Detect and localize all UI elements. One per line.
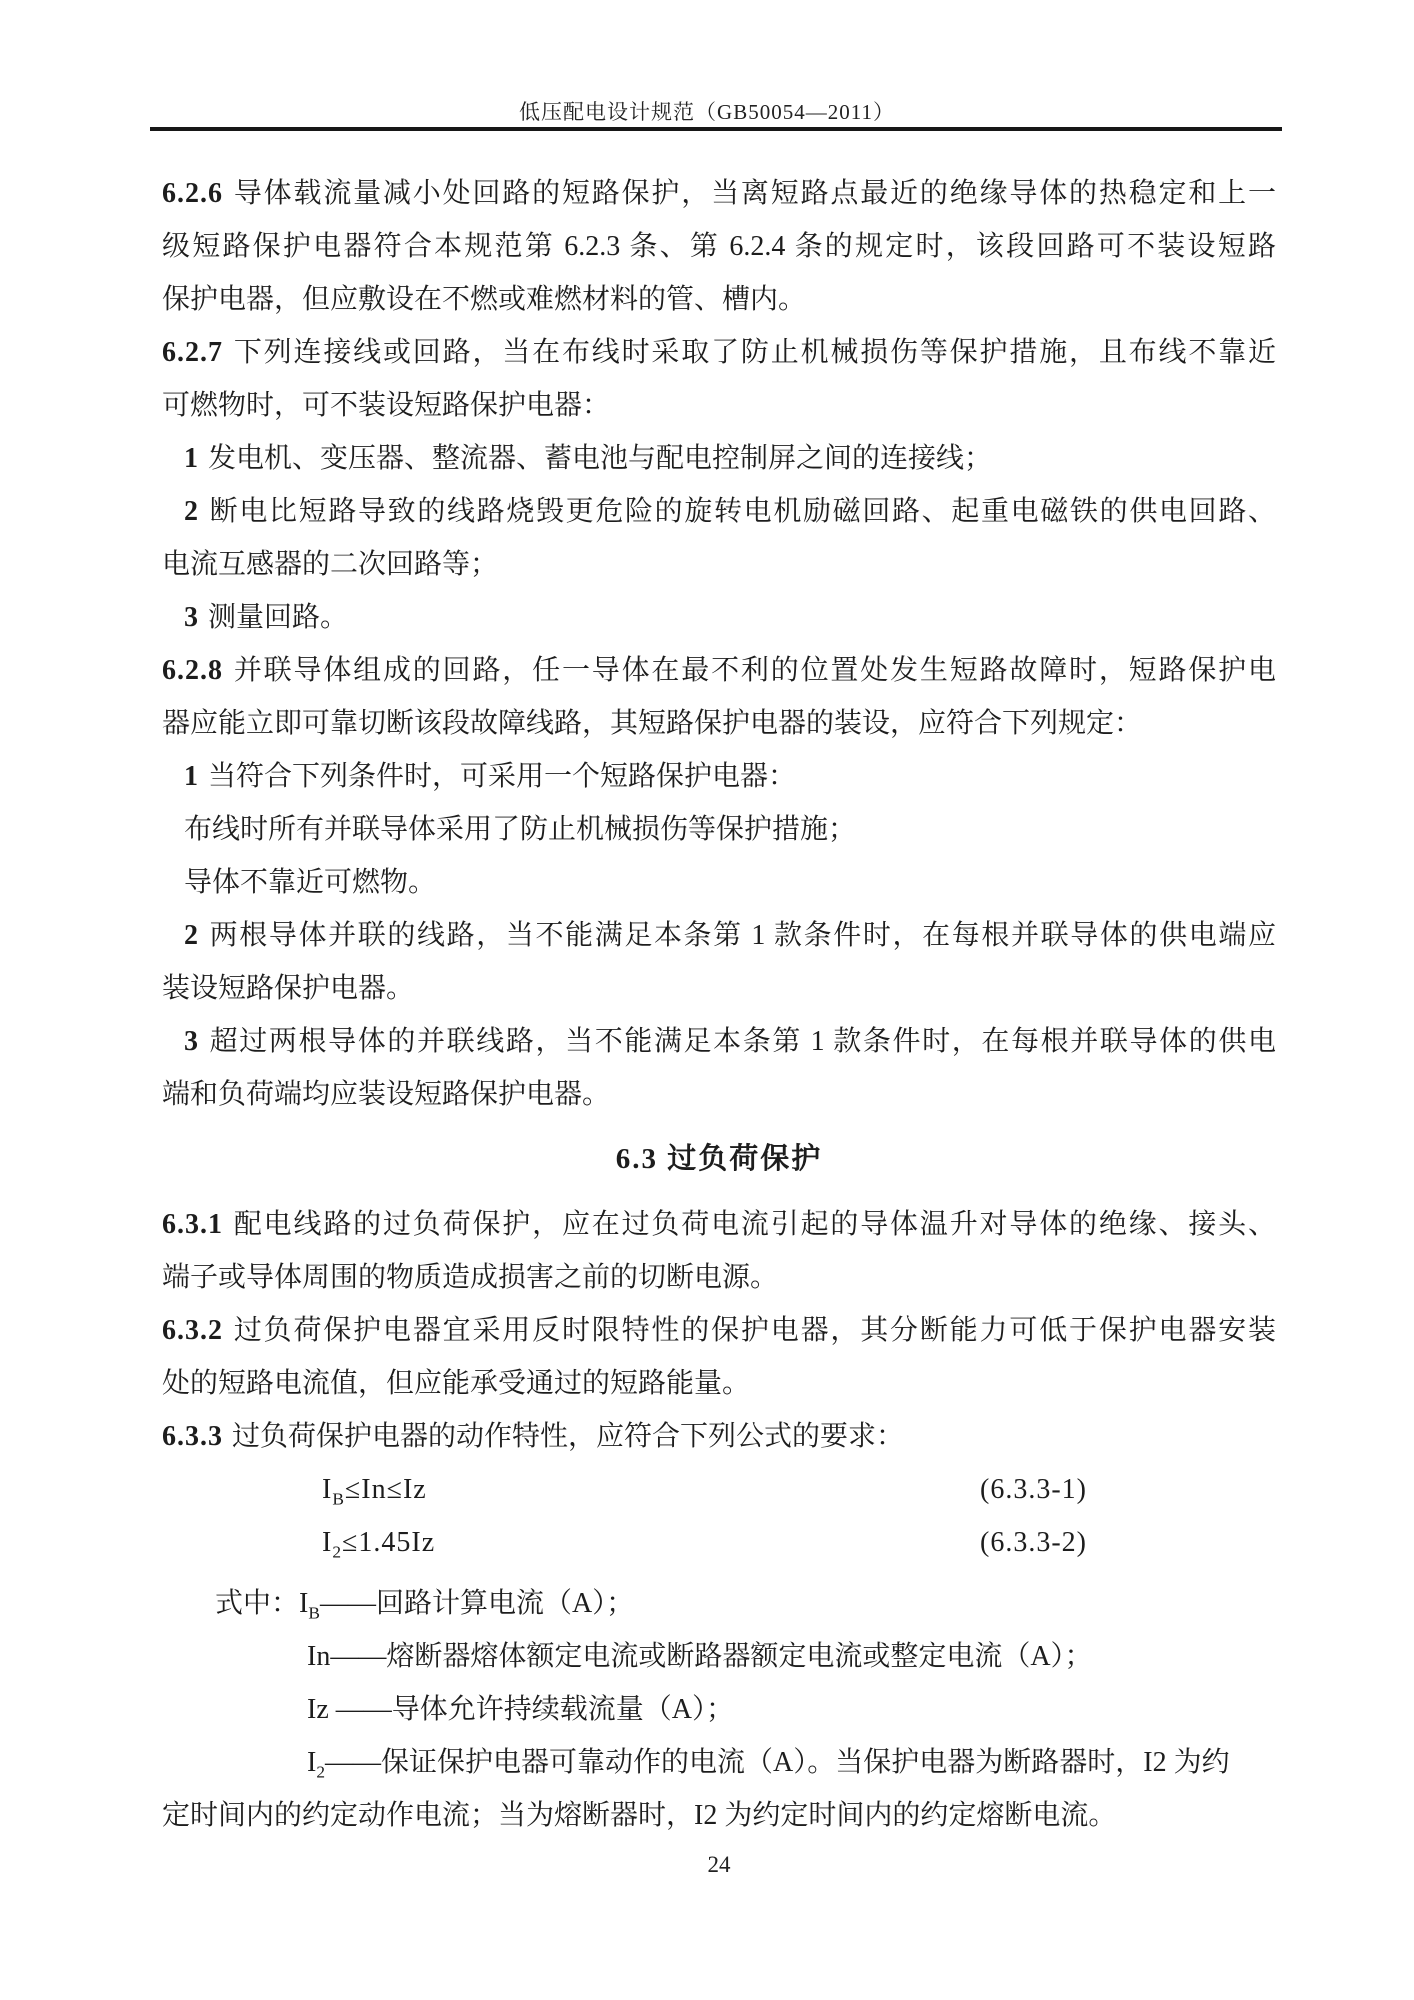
- definition-line: I2——保证保护电器可靠动作的电流（A）。当保护电器为断路器时，I2 为约: [162, 1736, 1276, 1789]
- clause-text: 处的短路电流值，但应能承受通过的短路能量。: [162, 1368, 750, 1399]
- clause-line: 6.2.8并联导体组成的回路，任一导体在最不利的位置处发生短路故障时，短路保护电: [162, 644, 1276, 697]
- formula-rest: ≤1.45Iz: [342, 1527, 435, 1558]
- clause-line: 6.2.6导体载流量减小处回路的短路保护，当离短路点最近的绝缘导体的热稳定和上一: [162, 167, 1276, 220]
- definition-text: ——熔断器熔体额定电流或断路器额定电流或整定电流（A）；: [330, 1641, 1092, 1672]
- clause-line: 端子或导体周围的物质造成损害之前的切断电源。: [162, 1251, 1276, 1304]
- definition-subscript: 2: [316, 1763, 325, 1782]
- clause-number: 6.3.1: [162, 1209, 232, 1240]
- item-line: 3超过两根导体的并联线路，当不能满足本条第 1 款条件时，在每根并联导体的供电: [162, 1015, 1276, 1068]
- item-text: 装设短路保护电器。: [162, 973, 414, 1004]
- item-text: 当符合下列条件时，可采用一个短路保护电器：: [208, 761, 796, 792]
- clause-text: 过负荷保护电器的动作特性，应符合下列公式的要求：: [232, 1421, 904, 1452]
- clause-text: 下列连接线或回路，当在布线时采取了防止机械损伤等保护措施，且布线不靠近: [232, 337, 1276, 368]
- item-text: 发电机、变压器、整流器、蓄电池与配电控制屏之间的连接线；: [208, 443, 992, 474]
- item-line: 电流互感器的二次回路等；: [162, 538, 1276, 591]
- definition-text: ——回路计算电流（A）；: [320, 1588, 634, 1619]
- definition-text: ——导体允许持续载流量（A）；: [329, 1694, 734, 1725]
- item-line: 2断电比短路导致的线路烧毁更危险的旋转电机励磁回路、起重电磁铁的供电回路、: [162, 485, 1276, 538]
- definition-line: In——熔断器熔体额定电流或断路器额定电流或整定电流（A）；: [162, 1630, 1276, 1683]
- clause-number: 6.3.3: [162, 1421, 232, 1452]
- clause-line: 级短路保护电器符合本规范第 6.2.3 条、第 6.2.4 条的规定时，该段回路…: [162, 220, 1276, 273]
- clause-number: 6.2.7: [162, 337, 232, 368]
- clause-number: 6.2.6: [162, 178, 232, 209]
- formula-rest: ≤In≤Iz: [345, 1474, 427, 1505]
- formula-subscript: 2: [332, 1543, 342, 1562]
- definition-symbol: Iz: [307, 1694, 329, 1725]
- item-line: 布线时所有并联导体采用了防止机械损伤等保护措施；: [162, 803, 1276, 856]
- definition-line: Iz ——导体允许持续载流量（A）；: [162, 1683, 1276, 1736]
- running-header-title: 低压配电设计规范（GB50054—2011）: [0, 96, 1414, 126]
- definition-symbol: I: [307, 1747, 316, 1778]
- clause-number: 6.3.2: [162, 1315, 232, 1346]
- item-number: 1: [184, 761, 208, 792]
- definition-line: 式中：IB——回路计算电流（A）；: [162, 1577, 1276, 1630]
- item-number: 2: [184, 496, 208, 527]
- clause-line: 保护电器，但应敷设在不燃或难燃材料的管、槽内。: [162, 273, 1276, 326]
- section-heading: 6.3 过负荷保护: [162, 1133, 1276, 1186]
- formula-symbol: I: [322, 1527, 332, 1558]
- clause-line: 处的短路电流值，但应能承受通过的短路能量。: [162, 1357, 1276, 1410]
- clause-line: 6.2.7下列连接线或回路，当在布线时采取了防止机械损伤等保护措施，且布线不靠近: [162, 326, 1276, 379]
- definition-line: 定时间内的约定动作电流；当为熔断器时，I2 为约定时间内的约定熔断电流。: [162, 1789, 1276, 1842]
- item-line: 1当符合下列条件时，可采用一个短路保护电器：: [162, 750, 1276, 803]
- definition-subscript: B: [308, 1604, 320, 1623]
- item-text: 电流互感器的二次回路等；: [162, 549, 498, 580]
- formula-number: (6.3.3-1): [980, 1463, 1087, 1516]
- item-text: 两根导体并联的线路，当不能满足本条第 1 款条件时，在每根并联导体的供电端应: [208, 920, 1276, 951]
- clause-line: 6.3.2过负荷保护电器宜采用反时限特性的保护电器，其分断能力可低于保护电器安装: [162, 1304, 1276, 1357]
- formula-line: IB≤In≤Iz (6.3.3-1): [162, 1463, 1276, 1516]
- clause-text: 并联导体组成的回路，任一导体在最不利的位置处发生短路故障时，短路保护电: [232, 655, 1276, 686]
- formula-subscript: B: [332, 1490, 345, 1509]
- item-line: 2两根导体并联的线路，当不能满足本条第 1 款条件时，在每根并联导体的供电端应: [162, 909, 1276, 962]
- clause-text: 级短路保护电器符合本规范第 6.2.3 条、第 6.2.4 条的规定时，该段回路…: [162, 231, 1276, 262]
- formula-number: (6.3.3-2): [980, 1516, 1087, 1569]
- clause-text: 保护电器，但应敷设在不燃或难燃材料的管、槽内。: [162, 284, 806, 315]
- clause-line: 6.3.3过负荷保护电器的动作特性，应符合下列公式的要求：: [162, 1410, 1276, 1463]
- definition-symbol: I: [299, 1588, 308, 1619]
- definition-lead: 式中：: [215, 1588, 299, 1619]
- item-text: 导体不靠近可燃物。: [184, 867, 436, 898]
- document-page: 低压配电设计规范（GB50054—2011） 6.2.6导体载流量减小处回路的短…: [0, 0, 1414, 2000]
- item-text: 端和负荷端均应装设短路保护电器。: [162, 1079, 610, 1110]
- clause-line: 器应能立即可靠切断该段故障线路，其短路保护电器的装设，应符合下列规定：: [162, 697, 1276, 750]
- formula-expression: I2≤1.45Iz: [322, 1516, 435, 1569]
- definition-text: 定时间内的约定动作电流；当为熔断器时，I2 为约定时间内的约定熔断电流。: [162, 1800, 1116, 1831]
- clause-number: 6.2.8: [162, 655, 232, 686]
- definition-symbol: In: [307, 1641, 330, 1672]
- clause-text: 过负荷保护电器宜采用反时限特性的保护电器，其分断能力可低于保护电器安装: [232, 1315, 1276, 1346]
- formula-line: I2≤1.45Iz (6.3.3-2): [162, 1516, 1276, 1569]
- item-line: 导体不靠近可燃物。: [162, 856, 1276, 909]
- clause-line: 6.3.1配电线路的过负荷保护，应在过负荷电流引起的导体温升对导体的绝缘、接头、: [162, 1198, 1276, 1251]
- definition-text: ——保证保护电器可靠动作的电流（A）。当保护电器为断路器时，I2 为约: [325, 1747, 1230, 1778]
- header-divider-rule: [150, 127, 1282, 131]
- item-text: 断电比短路导致的线路烧毁更危险的旋转电机励磁回路、起重电磁铁的供电回路、: [208, 496, 1276, 527]
- item-line: 1发电机、变压器、整流器、蓄电池与配电控制屏之间的连接线；: [162, 432, 1276, 485]
- item-number: 1: [184, 443, 208, 474]
- formula-symbol: I: [322, 1474, 332, 1505]
- clause-text: 导体载流量减小处回路的短路保护，当离短路点最近的绝缘导体的热稳定和上一: [232, 178, 1276, 209]
- item-number: 3: [184, 1026, 208, 1057]
- item-text: 布线时所有并联导体采用了防止机械损伤等保护措施；: [184, 814, 856, 845]
- item-line: 装设短路保护电器。: [162, 962, 1276, 1015]
- item-text: 超过两根导体的并联线路，当不能满足本条第 1 款条件时，在每根并联导体的供电: [208, 1026, 1276, 1057]
- document-body: 6.2.6导体载流量减小处回路的短路保护，当离短路点最近的绝缘导体的热稳定和上一…: [162, 167, 1276, 1842]
- item-number: 2: [184, 920, 208, 951]
- item-number: 3: [184, 602, 208, 633]
- formula-expression: IB≤In≤Iz: [322, 1463, 427, 1516]
- item-text: 测量回路。: [208, 602, 348, 633]
- clause-text: 器应能立即可靠切断该段故障线路，其短路保护电器的装设，应符合下列规定：: [162, 708, 1142, 739]
- item-line: 3测量回路。: [162, 591, 1276, 644]
- clause-line: 可燃物时，可不装设短路保护电器：: [162, 379, 1276, 432]
- clause-text: 可燃物时，可不装设短路保护电器：: [162, 390, 610, 421]
- page-number: 24: [162, 1852, 1276, 1878]
- clause-text: 端子或导体周围的物质造成损害之前的切断电源。: [162, 1262, 778, 1293]
- clause-text: 配电线路的过负荷保护，应在过负荷电流引起的导体温升对导体的绝缘、接头、: [232, 1209, 1276, 1240]
- item-line: 端和负荷端均应装设短路保护电器。: [162, 1068, 1276, 1121]
